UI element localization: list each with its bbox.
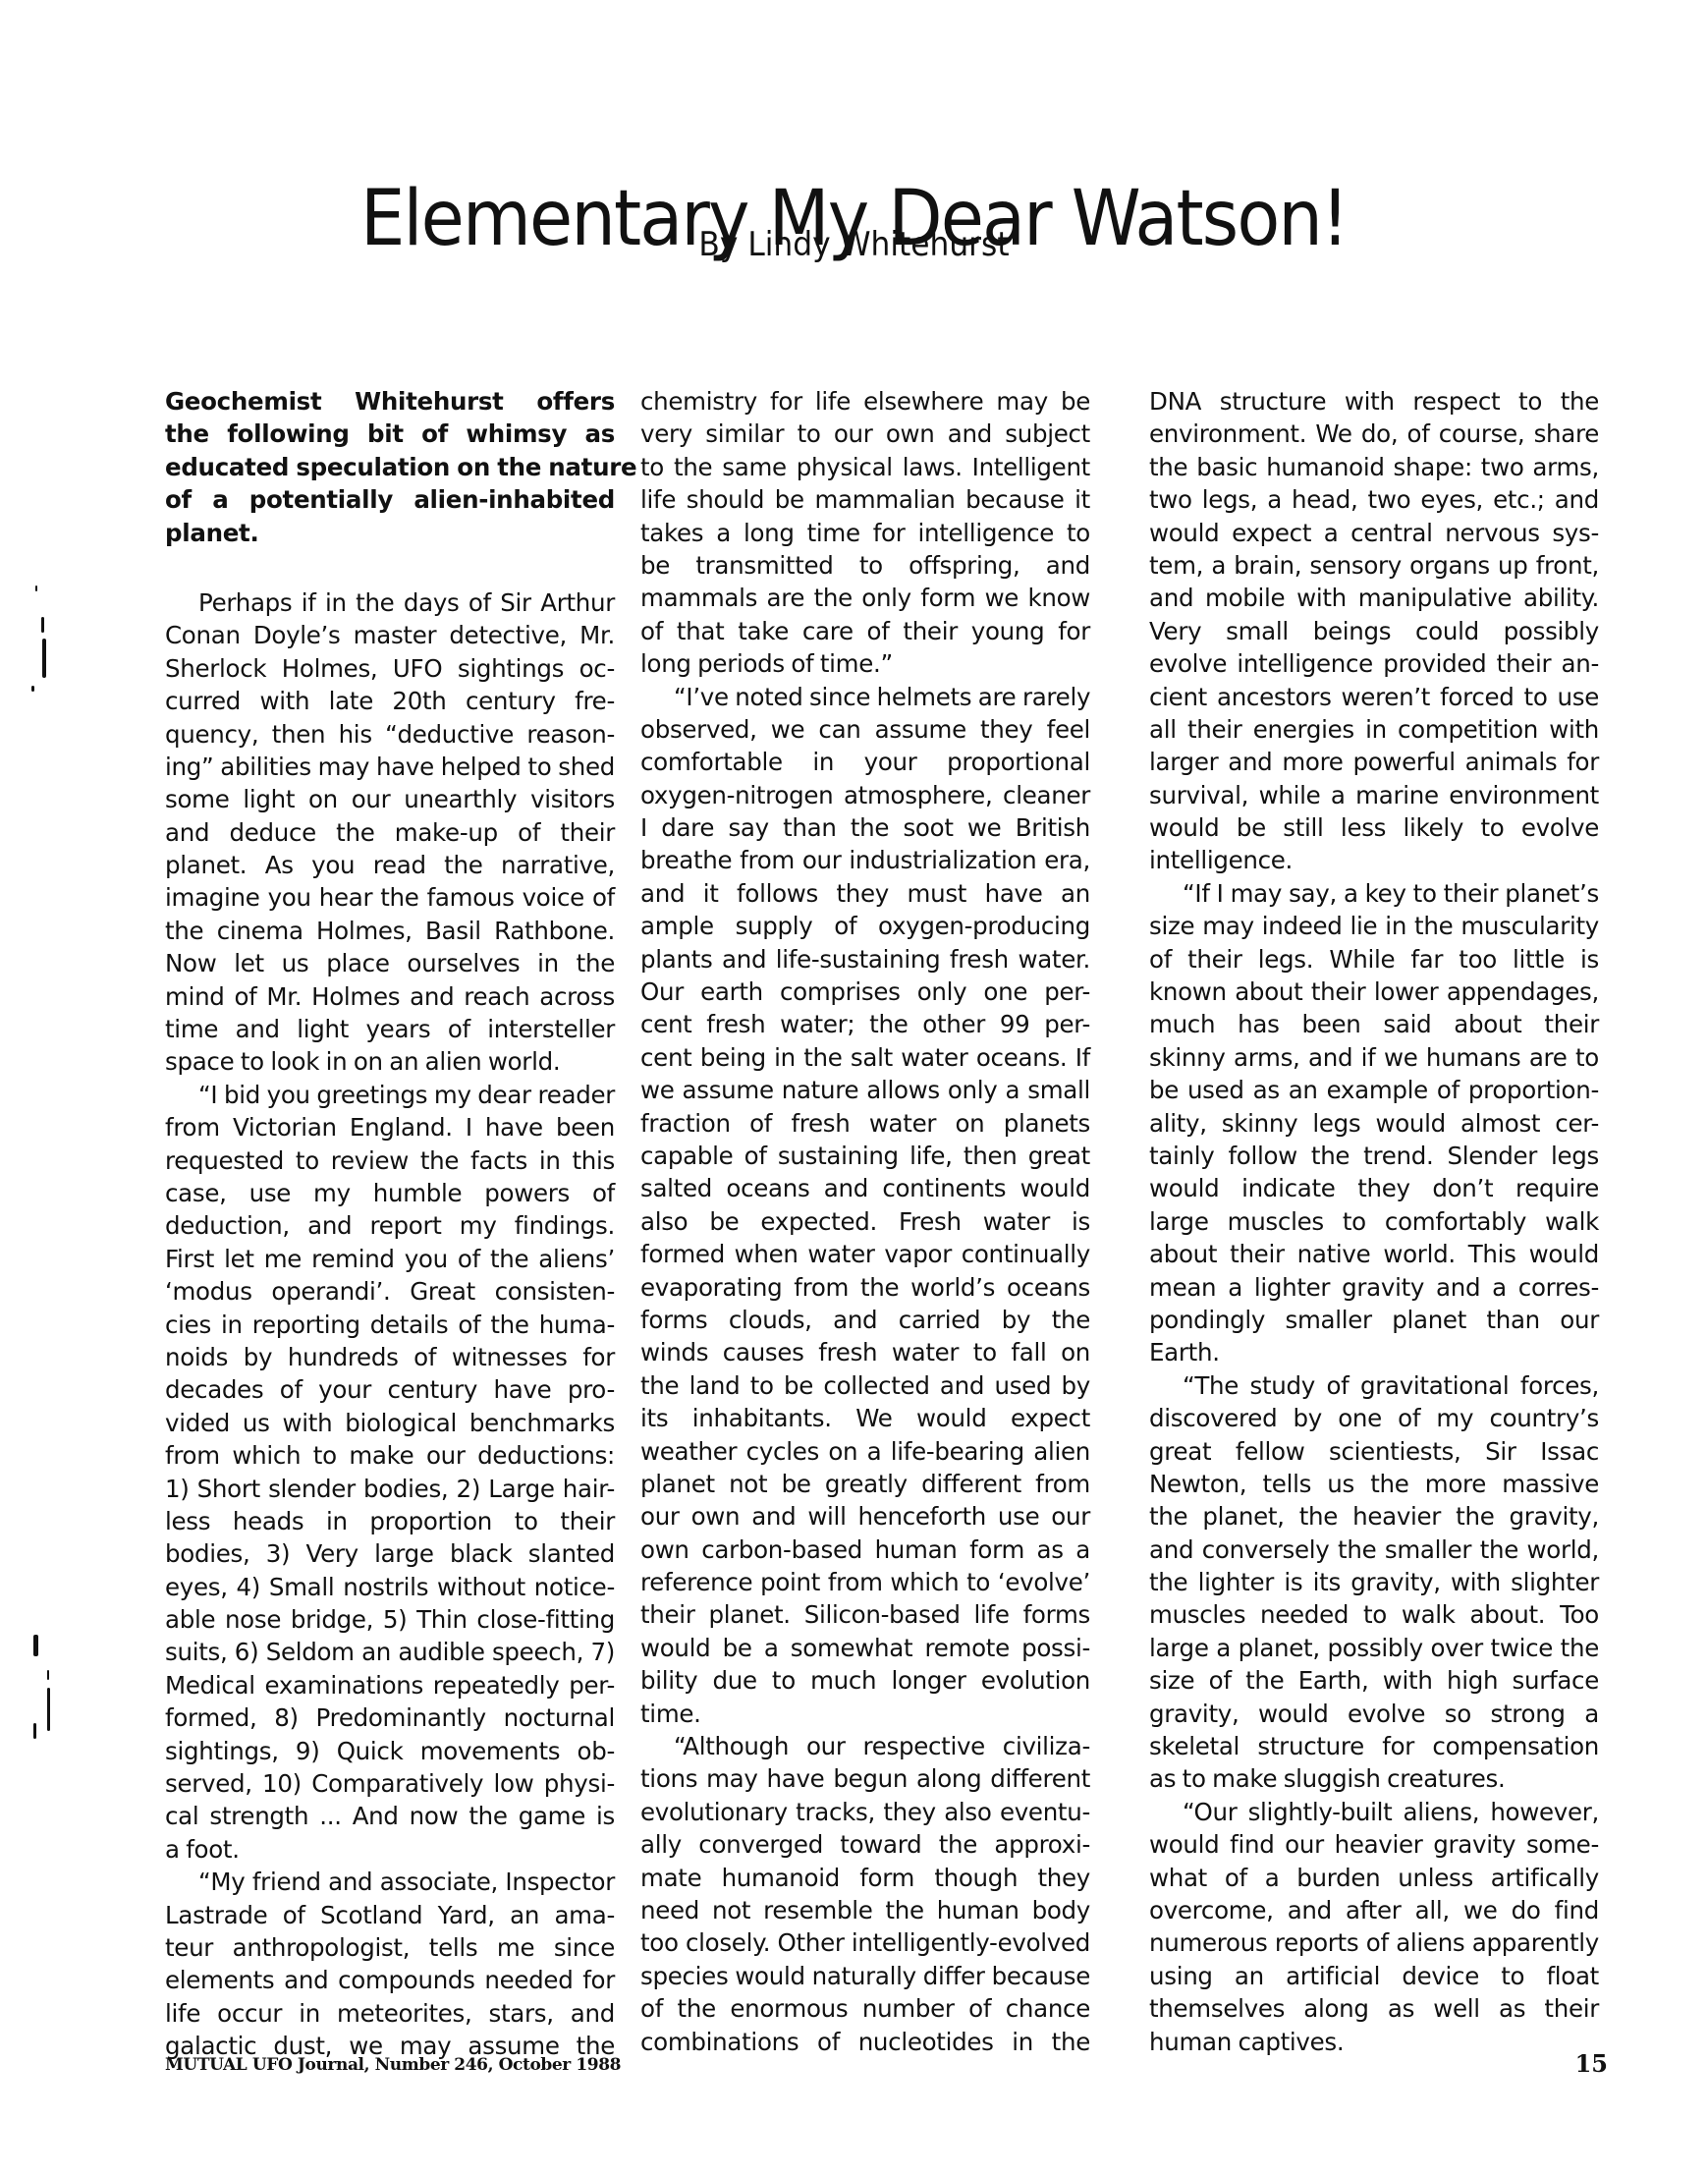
body-text-line: deduction, and report my findings. xyxy=(165,1209,615,1242)
body-text-line: own carbon-based human form as a xyxy=(640,1534,1090,1566)
body-text-line: of their legs. While far too little is xyxy=(1149,943,1599,976)
column-right: DNA structure with respect to theenviron… xyxy=(1149,385,1599,2058)
body-text-line: vided us with biological benchmarks xyxy=(165,1407,615,1439)
body-text-line: species would naturally differ because xyxy=(640,1960,1090,1992)
body-text-line: and it follows they must have an xyxy=(640,877,1090,910)
body-text-line: less heads in proportion to their xyxy=(165,1505,615,1537)
body-text-line: of that take care of their young for xyxy=(640,615,1090,647)
column-middle-body: chemistry for life elsewhere may bevery … xyxy=(640,385,1090,2058)
body-text-line: Earth. xyxy=(1149,1336,1599,1368)
page-number: 15 xyxy=(1575,2049,1608,2078)
body-text-line: breathe from our industrialization era, xyxy=(640,844,1090,876)
body-text-line: cient ancestors weren’t forced to use xyxy=(1149,681,1599,713)
body-text-line: winds causes fresh water to fall on xyxy=(640,1336,1090,1368)
body-text-line: Lastrade of Scotland Yard, an ama- xyxy=(165,1899,615,1931)
body-text-line: would expect a central nervous sys- xyxy=(1149,517,1599,549)
body-text-line: some light on our unearthly visitors xyxy=(165,783,615,815)
body-text-line: combinations of nucleotides in the xyxy=(640,2026,1090,2058)
body-text-line: the lighter is its gravity, with slighte… xyxy=(1149,1566,1599,1598)
body-text-line: mean a lighter gravity and a corres- xyxy=(1149,1271,1599,1304)
body-text-line: weather cycles on a life-bearing alien xyxy=(640,1435,1090,1468)
body-text-line: ample supply of oxygen-producing xyxy=(640,910,1090,942)
body-text-line: would be still less likely to evolve xyxy=(1149,811,1599,844)
body-text-line: would find our heavier gravity some- xyxy=(1149,1828,1599,1861)
publication-footer: MUTUAL UFO Journal, Number 246, October … xyxy=(165,2055,621,2075)
body-text-line: formed when water vapor continually xyxy=(640,1238,1090,1270)
intro-line: educated speculation on the nature xyxy=(165,451,615,483)
body-text-line: survival, while a marine environment xyxy=(1149,779,1599,811)
body-text-line: time and light years of intersteller xyxy=(165,1013,615,1045)
body-text-line: sightings, 9) Quick movements ob- xyxy=(165,1735,615,1767)
body-text-line: formed, 8) Predominantly nocturnal xyxy=(165,1701,615,1734)
section-gap xyxy=(165,549,615,586)
column-left: Geochemist Whitehurst offers the followi… xyxy=(165,385,615,2063)
body-text-line: to the same physical laws. Intelligent xyxy=(640,451,1090,483)
body-text-line: two legs, a head, two eyes, etc.; and xyxy=(1149,483,1599,516)
intro-line: of a potentially alien-inhabited xyxy=(165,483,615,516)
body-text-line: Very small beings could possibly xyxy=(1149,615,1599,647)
body-text-line: “I bid you greetings my dear reader xyxy=(165,1079,615,1111)
body-text-line: teur anthropologist, tells me since xyxy=(165,1931,615,1964)
intro-line: the following bit of whimsy as xyxy=(165,418,615,450)
body-text-line: 1) Short slender bodies, 2) Large hair- xyxy=(165,1473,615,1505)
body-text-line: using an artificial device to float xyxy=(1149,1960,1599,1992)
body-text-line: reference point from which to ‘evolve’ xyxy=(640,1566,1090,1598)
body-text-line: all their energies in competition with xyxy=(1149,713,1599,746)
intro-line: planet. xyxy=(165,517,615,549)
body-text-line: evolutionary tracks, they also eventu- xyxy=(640,1796,1090,1828)
body-text-line: large a planet, possibly over twice the xyxy=(1149,1632,1599,1664)
body-text-line: intelligence. xyxy=(1149,844,1599,876)
body-text-line: as to make sluggish creatures. xyxy=(1149,1762,1599,1795)
scan-artifact-mark xyxy=(41,617,44,633)
body-text-line: the cinema Holmes, Basil Rathbone. xyxy=(165,915,615,947)
scan-artifact-mark xyxy=(33,1723,36,1739)
body-text-line: large muscles to comfortably walk xyxy=(1149,1205,1599,1238)
body-text-line: larger and more powerful animals for xyxy=(1149,746,1599,778)
body-text-line: size may indeed lie in the muscularity xyxy=(1149,910,1599,942)
body-text-line: bility due to much longer evolution xyxy=(640,1664,1090,1697)
body-text-line: “My friend and associate, Inspector xyxy=(165,1866,615,1898)
scan-artifact-mark xyxy=(42,639,46,678)
body-text-line: “If I may say, a key to their planet’s xyxy=(1149,877,1599,910)
body-text-line: salted oceans and continents would xyxy=(640,1172,1090,1204)
body-text-line: environment. We do, of course, share xyxy=(1149,418,1599,450)
body-text-line: human captives. xyxy=(1149,2026,1599,2058)
body-text-line: ally converged toward the approxi- xyxy=(640,1828,1090,1861)
body-text-line: and conversely the smaller the world, xyxy=(1149,1534,1599,1566)
body-text-line: imagine you hear the famous voice of xyxy=(165,881,615,914)
scan-artifact-mark xyxy=(47,1688,50,1731)
body-text-line: able nose bridge, 5) Thin close-fitting xyxy=(165,1603,615,1636)
intro-blurb: Geochemist Whitehurst offers the followi… xyxy=(165,385,615,549)
body-text-line: from which to make our deductions: xyxy=(165,1439,615,1472)
body-text-line: known about their lower appendages, xyxy=(1149,976,1599,1008)
body-text-line: Perhaps if in the days of Sir Arthur xyxy=(165,586,615,619)
body-text-line: decades of your century have pro- xyxy=(165,1373,615,1406)
body-text-line: the basic humanoid shape: two arms, xyxy=(1149,451,1599,483)
body-text-line: themselves along as well as their xyxy=(1149,1992,1599,2025)
body-text-line: would indicate they don’t require xyxy=(1149,1172,1599,1204)
body-text-line: of the enormous number of chance xyxy=(640,1992,1090,2025)
body-text-line: planet. As you read the narrative, xyxy=(165,849,615,881)
body-text-line: tem, a brain, sensory organs up front, xyxy=(1149,549,1599,582)
body-text-line: I dare say than the soot we British xyxy=(640,811,1090,844)
body-text-line: Medical examinations repeatedly per- xyxy=(165,1669,615,1701)
body-text-line: Newton, tells us the more massive xyxy=(1149,1468,1599,1500)
body-text-line: great fellow scientiests, Sir Issac xyxy=(1149,1435,1599,1468)
body-text-line: much has been said about their xyxy=(1149,1008,1599,1040)
body-text-line: mammals are the only form we know xyxy=(640,582,1090,614)
body-text-line: and deduce the make-up of their xyxy=(165,816,615,849)
body-text-line: planet not be greatly different from xyxy=(640,1468,1090,1500)
body-text-line: Sherlock Holmes, UFO sightings oc- xyxy=(165,652,615,685)
body-text-line: our own and will henceforth use our xyxy=(640,1500,1090,1533)
body-text-line: muscles needed to walk about. Too xyxy=(1149,1598,1599,1631)
body-text-line: numerous reports of aliens apparently xyxy=(1149,1926,1599,1959)
body-text-line: forms clouds, and carried by the xyxy=(640,1304,1090,1336)
body-text-line: its inhabitants. We would expect xyxy=(640,1402,1090,1434)
body-text-line: be used as an example of proportion- xyxy=(1149,1074,1599,1106)
body-text-line: would be a somewhat remote possi- xyxy=(640,1632,1090,1664)
body-text-line: capable of sustaining life, then great xyxy=(640,1140,1090,1172)
body-text-line: “Our slightly-built aliens, however, xyxy=(1149,1796,1599,1828)
body-text-line: First let me remind you of the aliens’ xyxy=(165,1243,615,1275)
body-text-line: oxygen-nitrogen atmosphere, cleaner xyxy=(640,779,1090,811)
body-text-line: too closely. Other intelligently-evolved xyxy=(640,1926,1090,1959)
body-text-line: curred with late 20th century fre- xyxy=(165,685,615,717)
body-text-line: ality, skinny legs would almost cer- xyxy=(1149,1107,1599,1140)
body-text-line: what of a burden unless artifically xyxy=(1149,1862,1599,1894)
body-text-line: skinny arms, and if we humans are to xyxy=(1149,1041,1599,1074)
body-text-line: skeletal structure for compensation xyxy=(1149,1730,1599,1762)
body-text-line: “I’ve noted since helmets are rarely xyxy=(640,681,1090,713)
body-text-line: comfortable in your proportional xyxy=(640,746,1090,778)
body-text-line: need not resemble the human body xyxy=(640,1894,1090,1926)
body-text-line: noids by hundreds of witnesses for xyxy=(165,1341,615,1373)
body-text-line: mate humanoid form though they xyxy=(640,1862,1090,1894)
body-text-line: gravity, would evolve so strong a xyxy=(1149,1698,1599,1730)
body-text-line: tainly follow the trend. Slender legs xyxy=(1149,1140,1599,1172)
column-left-body: Perhaps if in the days of Sir ArthurCona… xyxy=(165,586,615,2063)
body-text-line: case, use my humble powers of xyxy=(165,1177,615,1209)
body-text-line: Our earth comprises only one per- xyxy=(640,976,1090,1008)
body-text-line: chemistry for life elsewhere may be xyxy=(640,385,1090,418)
body-text-line: fraction of fresh water on planets xyxy=(640,1107,1090,1140)
body-text-line: cal strength ... And now the game is xyxy=(165,1800,615,1832)
body-text-line: space to look in on an alien world. xyxy=(165,1045,615,1078)
body-text-line: quency, then his “deductive reason- xyxy=(165,718,615,751)
body-text-line: size of the Earth, with high surface xyxy=(1149,1664,1599,1697)
body-text-line: cies in reporting details of the huma- xyxy=(165,1309,615,1341)
body-text-line: evolve intelligence provided their an- xyxy=(1149,647,1599,680)
body-text-line: overcome, and after all, we do find xyxy=(1149,1894,1599,1926)
body-text-line: be transmitted to offspring, and xyxy=(640,549,1090,582)
body-text-line: and mobile with manipulative ability. xyxy=(1149,582,1599,614)
body-text-line: Conan Doyle’s master detective, Mr. xyxy=(165,619,615,651)
body-text-line: suits, 6) Seldom an audible speech, 7) xyxy=(165,1636,615,1668)
article-byline: By Lindy Whitehurst xyxy=(69,228,1640,261)
body-text-line: requested to review the facts in this xyxy=(165,1144,615,1177)
body-text-line: eyes, 4) Small nostrils without notice- xyxy=(165,1571,615,1603)
body-text-line: their planet. Silicon-based life forms xyxy=(640,1598,1090,1631)
scan-artifact-mark xyxy=(33,1635,38,1656)
body-text-line: tions may have begun along different xyxy=(640,1762,1090,1795)
body-text-line: ‘modus operandi’. Great consisten- xyxy=(165,1275,615,1308)
body-text-line: cent fresh water; the other 99 per- xyxy=(640,1008,1090,1040)
body-text-line: elements and compounds needed for xyxy=(165,1964,615,1996)
body-text-line: cent being in the salt water oceans. If xyxy=(640,1041,1090,1074)
body-text-line: the planet, the heavier the gravity, xyxy=(1149,1500,1599,1533)
body-text-line: about their native world. This would xyxy=(1149,1238,1599,1270)
body-text-line: DNA structure with respect to the xyxy=(1149,385,1599,418)
body-text-line: plants and life-sustaining fresh water. xyxy=(640,943,1090,976)
body-text-line: “Although our respective civiliza- xyxy=(640,1730,1090,1762)
body-text-line: “The study of gravitational forces, xyxy=(1149,1369,1599,1402)
body-text-line: served, 10) Comparatively low physi- xyxy=(165,1767,615,1800)
body-text-line: also be expected. Fresh water is xyxy=(640,1205,1090,1238)
body-text-line: mind of Mr. Holmes and reach across xyxy=(165,980,615,1013)
body-text-line: bodies, 3) Very large black slanted xyxy=(165,1537,615,1570)
body-text-line: Now let us place ourselves in the xyxy=(165,947,615,979)
body-text-line: very similar to our own and subject xyxy=(640,418,1090,450)
body-text-line: we assume nature allows only a small xyxy=(640,1074,1090,1106)
scan-artifact-mark xyxy=(31,686,34,692)
body-text-line: the land to be collected and used by xyxy=(640,1369,1090,1402)
scan-artifact-mark xyxy=(47,1670,49,1680)
column-right-body: DNA structure with respect to theenviron… xyxy=(1149,385,1599,2058)
body-text-line: evaporating from the world’s oceans xyxy=(640,1271,1090,1304)
body-text-line: ing” abilities may have helped to shed xyxy=(165,751,615,783)
body-text-line: long periods of time.” xyxy=(640,647,1090,680)
body-text-line: pondingly smaller planet than our xyxy=(1149,1304,1599,1336)
body-text-line: observed, we can assume they feel xyxy=(640,713,1090,746)
body-text-line: time. xyxy=(640,1698,1090,1730)
body-text-line: life occur in meteorites, stars, and xyxy=(165,1997,615,2030)
body-text-line: life should be mammalian because it xyxy=(640,483,1090,516)
body-text-line: takes a long time for intelligence to xyxy=(640,517,1090,549)
column-middle: chemistry for life elsewhere may bevery … xyxy=(640,385,1090,2058)
scan-artifact-mark xyxy=(35,586,37,591)
body-text-line: a foot. xyxy=(165,1833,615,1866)
intro-line: Geochemist Whitehurst offers xyxy=(165,385,615,418)
body-text-line: discovered by one of my country’s xyxy=(1149,1402,1599,1434)
body-text-line: from Victorian England. I have been xyxy=(165,1111,615,1143)
